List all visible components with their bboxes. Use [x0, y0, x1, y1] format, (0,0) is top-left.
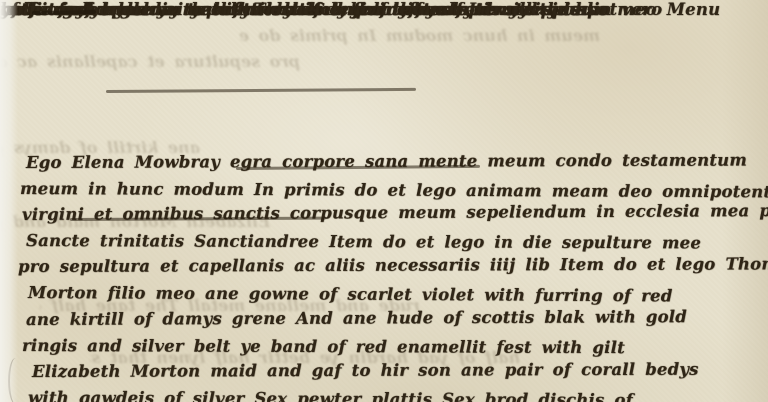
- manuscript-line: Elizabeth Morton maid and gaf to hir son…: [32, 360, 699, 381]
- manuscript-line: virgini et omnibus sanctis corpusque meu…: [22, 201, 768, 224]
- page-edge: [0, 0, 18, 402]
- bleedthrough-line: meum in hunc modum In primis do et lego …: [240, 26, 600, 45]
- manuscript-line: Ego Elena Mowbray egra corpore sana ment…: [26, 150, 747, 172]
- manuscript-line: ringis and silver belt ye band of red en…: [22, 336, 625, 357]
- manuscript-line: meum in hunc modum In primis do et lego …: [20, 179, 768, 202]
- manuscript-line: Morton filio meo ane gowne of scarlet vi…: [28, 283, 673, 305]
- manuscript-line: pro sepultura et capellanis ac aliis nec…: [18, 254, 768, 276]
- manuscript-page: pro sepultura et capellanis ac aliis nec…: [0, 0, 768, 402]
- manuscript-line: omnium bonorum meorum do et lego alexand…: [0, 0, 720, 19]
- manuscript-line: Sancte trinitatis Sanctiandree Item do e…: [26, 231, 701, 252]
- bleedthrough-line: pro sepultura et capellanis ac aliis nec…: [0, 52, 300, 71]
- pen-mark: [8, 358, 26, 402]
- ink-stroke: [106, 88, 416, 93]
- manuscript-line: with gawdeis of silver Sex pewter platti…: [28, 388, 633, 402]
- manuscript-line: ane kirtill of damys grene And ane hude …: [26, 307, 687, 329]
